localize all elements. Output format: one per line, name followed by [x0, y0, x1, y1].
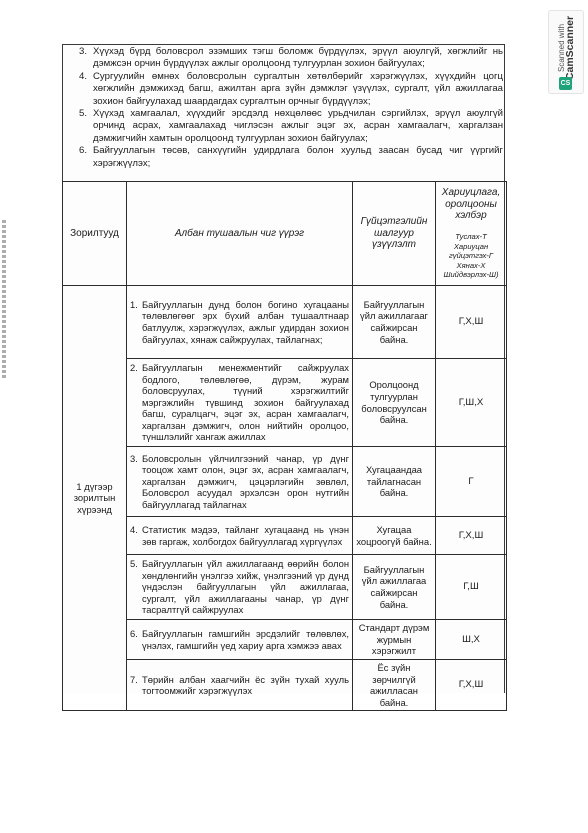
goals-list: 3. Хүүхэд бүрд боловсрол эзэмших тэгш бо… — [63, 45, 506, 170]
table-row: 1 дүгээр зорилтын хүрээнд1.Байгууллагын … — [63, 286, 507, 359]
camscanner-logo-icon: CS — [559, 77, 572, 90]
goal-item: 4. Сургуулийн өмнөх боловсролын сургалты… — [63, 71, 503, 108]
duty-text: Байгууллагын дунд болон богино хугацааны… — [142, 299, 349, 345]
duty-number: 4. — [130, 524, 142, 547]
table-row: 2.Байгууллагын менежментийг сайжруулах б… — [63, 359, 507, 447]
duties-table: Зорилтууд Албан тушаалын чиг үүрэг Гүйцэ… — [62, 181, 507, 711]
duty-number: 3. — [130, 453, 142, 511]
table-header-row: Зорилтууд Албан тушаалын чиг үүрэг Гүйцэ… — [63, 182, 507, 286]
responsibility-form-cell: Ш,Х — [436, 620, 507, 660]
duty-cell: 5.Байгууллагын үйл ажиллагаанд өөрийн бо… — [127, 555, 353, 620]
goal-item: 6. Байгууллагын төсөв, санхүүгийн удирдл… — [63, 145, 503, 170]
camscanner-watermark: Scanned with CamScanner CS — [548, 10, 584, 94]
duty-text: Төрийн албан хаагчийн ёс зүйн тухай хуул… — [142, 674, 349, 697]
duty-cell: 7.Төрийн албан хаагчийн ёс зүйн тухай ху… — [127, 660, 353, 711]
duty-item: 4.Статистик мэдээ, тайланг хугацаанд нь … — [130, 524, 349, 547]
goal-item: 5. Хүүхэд хамгаалал, хүүхдийг эрсдэлд нө… — [63, 108, 503, 145]
duty-text: Байгууллагын гамшгийн эрсдэлийг төлөвлөх… — [142, 628, 349, 651]
table-row: 5.Байгууллагын үйл ажиллагаанд өөрийн бо… — [63, 555, 507, 620]
criteria-cell: Ёс зүйн зөрчилгүй ажилласан байна. — [353, 660, 436, 711]
table-row: 4.Статистик мэдээ, тайланг хугацаанд нь … — [63, 517, 507, 555]
table-row: 7.Төрийн албан хаагчийн ёс зүйн тухай ху… — [63, 660, 507, 711]
responsibility-form-cell: Г,Ш — [436, 555, 507, 620]
duty-item: 2.Байгууллагын менежментийг сайжруулах б… — [130, 362, 349, 443]
duty-number: 2. — [130, 362, 142, 443]
duty-cell: 1.Байгууллагын дунд болон богино хугацаа… — [127, 286, 353, 359]
duty-cell: 3.Боловсролын үйлчилгээний чанар, үр дүн… — [127, 447, 353, 517]
goal-item: 3. Хүүхэд бүрд боловсрол эзэмших тэгш бо… — [63, 46, 503, 71]
criteria-cell: Стандарт дүрэм журмын хэрэгжилт — [353, 620, 436, 660]
responsibility-form-cell: Г,Х,Ш — [436, 660, 507, 711]
duty-number: 5. — [130, 558, 142, 616]
header-goals: Зорилтууд — [63, 182, 127, 286]
duty-cell: 6.Байгууллагын гамшгийн эрсдэлийг төлөвл… — [127, 620, 353, 660]
responsibility-form-cell: Г — [436, 447, 507, 517]
duty-number: 7. — [130, 674, 142, 697]
header-criteria: Гүйцэтгэлийн шалгуур үзүүлэлт — [353, 182, 436, 286]
duty-item: 6.Байгууллагын гамшгийн эрсдэлийг төлөвл… — [130, 628, 349, 651]
duty-text: Боловсролын үйлчилгээний чанар, үр дүнг … — [142, 453, 349, 511]
table-row: 6.Байгууллагын гамшгийн эрсдэлийг төлөвл… — [63, 620, 507, 660]
document-page: 3. Хүүхэд бүрд боловсрол эзэмших тэгш бо… — [62, 44, 505, 693]
header-form: Хариуцлага, оролцооны хэлбэр Туслах-Т Ха… — [436, 182, 507, 286]
criteria-cell: Хугацаандаа тайлагнасан байна. — [353, 447, 436, 517]
scan-edge-mark — [2, 220, 6, 380]
duty-item: 1.Байгууллагын дунд болон богино хугацаа… — [130, 299, 349, 345]
duty-number: 6. — [130, 628, 142, 651]
criteria-cell: Байгууллагын үйл ажиллагааг сайжирсан ба… — [353, 286, 436, 359]
duty-text: Байгууллагын менежментийг сайжруулах бод… — [142, 362, 349, 443]
duty-cell: 4.Статистик мэдээ, тайланг хугацаанд нь … — [127, 517, 353, 555]
criteria-cell: Байгууллагын үйл ажиллагаа сайжирсан бай… — [353, 555, 436, 620]
duty-text: Статистик мэдээ, тайланг хугацаанд нь үн… — [142, 524, 349, 547]
duty-item: 3.Боловсролын үйлчилгээний чанар, үр дүн… — [130, 453, 349, 511]
criteria-cell: Хугацаа хоцроогүй байна. — [353, 517, 436, 555]
duty-item: 7.Төрийн албан хаагчийн ёс зүйн тухай ху… — [130, 674, 349, 697]
duty-cell: 2.Байгууллагын менежментийг сайжруулах б… — [127, 359, 353, 447]
responsibility-form-cell: Г,Х,Ш — [436, 517, 507, 555]
duty-text: Байгууллагын үйл ажиллагаанд өөрийн боло… — [142, 558, 349, 616]
duty-number: 1. — [130, 299, 142, 345]
responsibility-form-cell: Г,Х,Ш — [436, 286, 507, 359]
header-duties: Албан тушаалын чиг үүрэг — [127, 182, 353, 286]
duty-item: 5.Байгууллагын үйл ажиллагаанд өөрийн бо… — [130, 558, 349, 616]
table-row: 3.Боловсролын үйлчилгээний чанар, үр дүн… — [63, 447, 507, 517]
criteria-cell: Оролцоонд тулгуурлан боловсруулсан байна… — [353, 359, 436, 447]
responsibility-form-cell: Г,Ш,Х — [436, 359, 507, 447]
goal-label-cell: 1 дүгээр зорилтын хүрээнд — [63, 286, 127, 711]
header-legend: Туслах-Т Хариуцан гүйцэтгэх-Г Хянах-Х Ши… — [439, 232, 503, 280]
